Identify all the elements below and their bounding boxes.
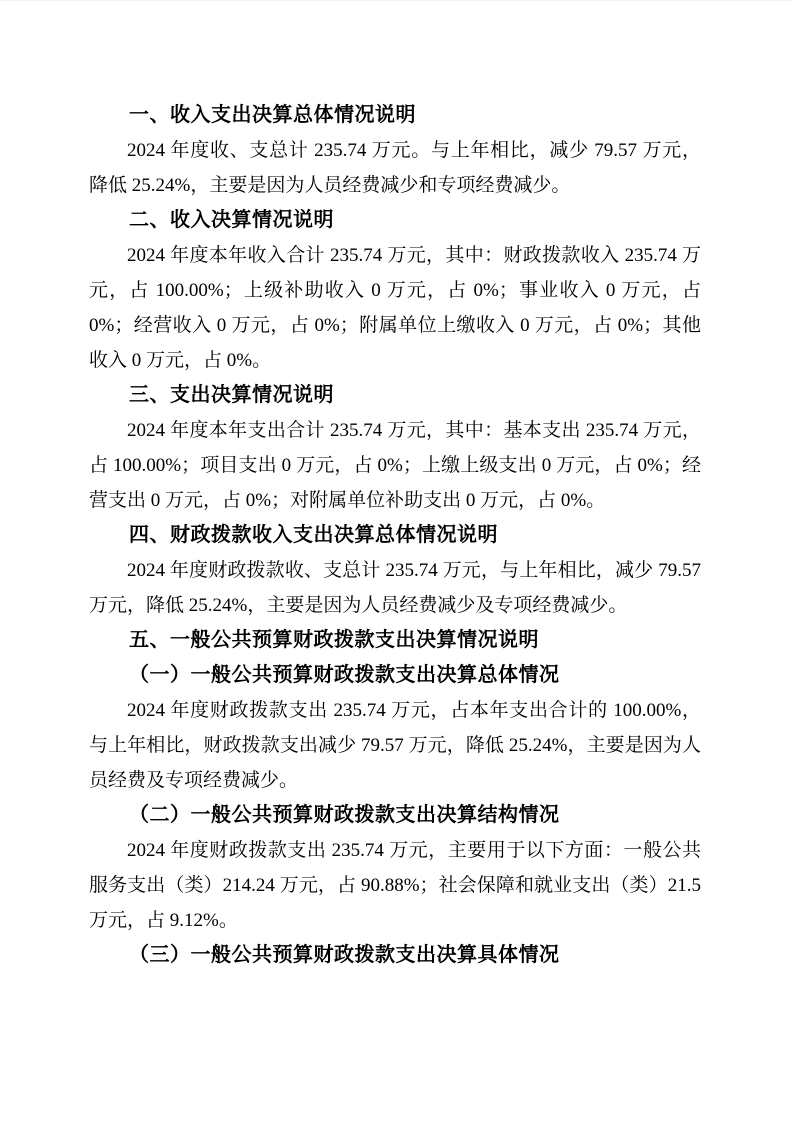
section-paragraph: 2024 年度财政拨款支出 235.74 万元，占本年支出合计的 100.00%… bbox=[89, 693, 701, 798]
section-heading: 二、收入决算情况说明 bbox=[89, 203, 701, 238]
report-section: （一）一般公共预算财政拨款支出决算总体情况 2024 年度财政拨款支出 235.… bbox=[89, 658, 701, 798]
section-paragraph: 2024 年度财政拨款收、支总计 235.74 万元，与上年相比，减少 79.5… bbox=[89, 553, 701, 623]
section-heading: （二）一般公共预算财政拨款支出决算结构情况 bbox=[89, 798, 701, 833]
report-section: 四、财政拨款收入支出决算总体情况说明 2024 年度财政拨款收、支总计 235.… bbox=[89, 518, 701, 623]
document-content: 一、收入支出决算总体情况说明 2024 年度收、支总计 235.74 万元。与上… bbox=[89, 98, 701, 973]
report-section: （三）一般公共预算财政拨款支出决算具体情况 bbox=[89, 938, 701, 973]
report-section: 五、一般公共预算财政拨款支出决算情况说明 bbox=[89, 623, 701, 658]
section-heading: （一）一般公共预算财政拨款支出决算总体情况 bbox=[89, 658, 701, 693]
section-paragraph: 2024 年度本年支出合计 235.74 万元，其中：基本支出 235.74 万… bbox=[89, 413, 701, 518]
section-heading: 五、一般公共预算财政拨款支出决算情况说明 bbox=[89, 623, 701, 658]
section-heading: 三、支出决算情况说明 bbox=[89, 378, 701, 413]
report-section: 一、收入支出决算总体情况说明 2024 年度收、支总计 235.74 万元。与上… bbox=[89, 98, 701, 203]
section-heading: （三）一般公共预算财政拨款支出决算具体情况 bbox=[89, 938, 701, 973]
report-section: 二、收入决算情况说明 2024 年度本年收入合计 235.74 万元，其中：财政… bbox=[89, 203, 701, 378]
section-heading: 一、收入支出决算总体情况说明 bbox=[89, 98, 701, 133]
section-paragraph: 2024 年度财政拨款支出 235.74 万元，主要用于以下方面：一般公共服务支… bbox=[89, 833, 701, 938]
section-heading: 四、财政拨款收入支出决算总体情况说明 bbox=[89, 518, 701, 553]
section-paragraph: 2024 年度收、支总计 235.74 万元。与上年相比，减少 79.57 万元… bbox=[89, 133, 701, 203]
section-paragraph: 2024 年度本年收入合计 235.74 万元，其中：财政拨款收入 235.74… bbox=[89, 238, 701, 378]
report-section: 三、支出决算情况说明 2024 年度本年支出合计 235.74 万元，其中：基本… bbox=[89, 378, 701, 518]
document-page: 一、收入支出决算总体情况说明 2024 年度收、支总计 235.74 万元。与上… bbox=[0, 0, 793, 1122]
report-section: （二）一般公共预算财政拨款支出决算结构情况 2024 年度财政拨款支出 235.… bbox=[89, 798, 701, 938]
